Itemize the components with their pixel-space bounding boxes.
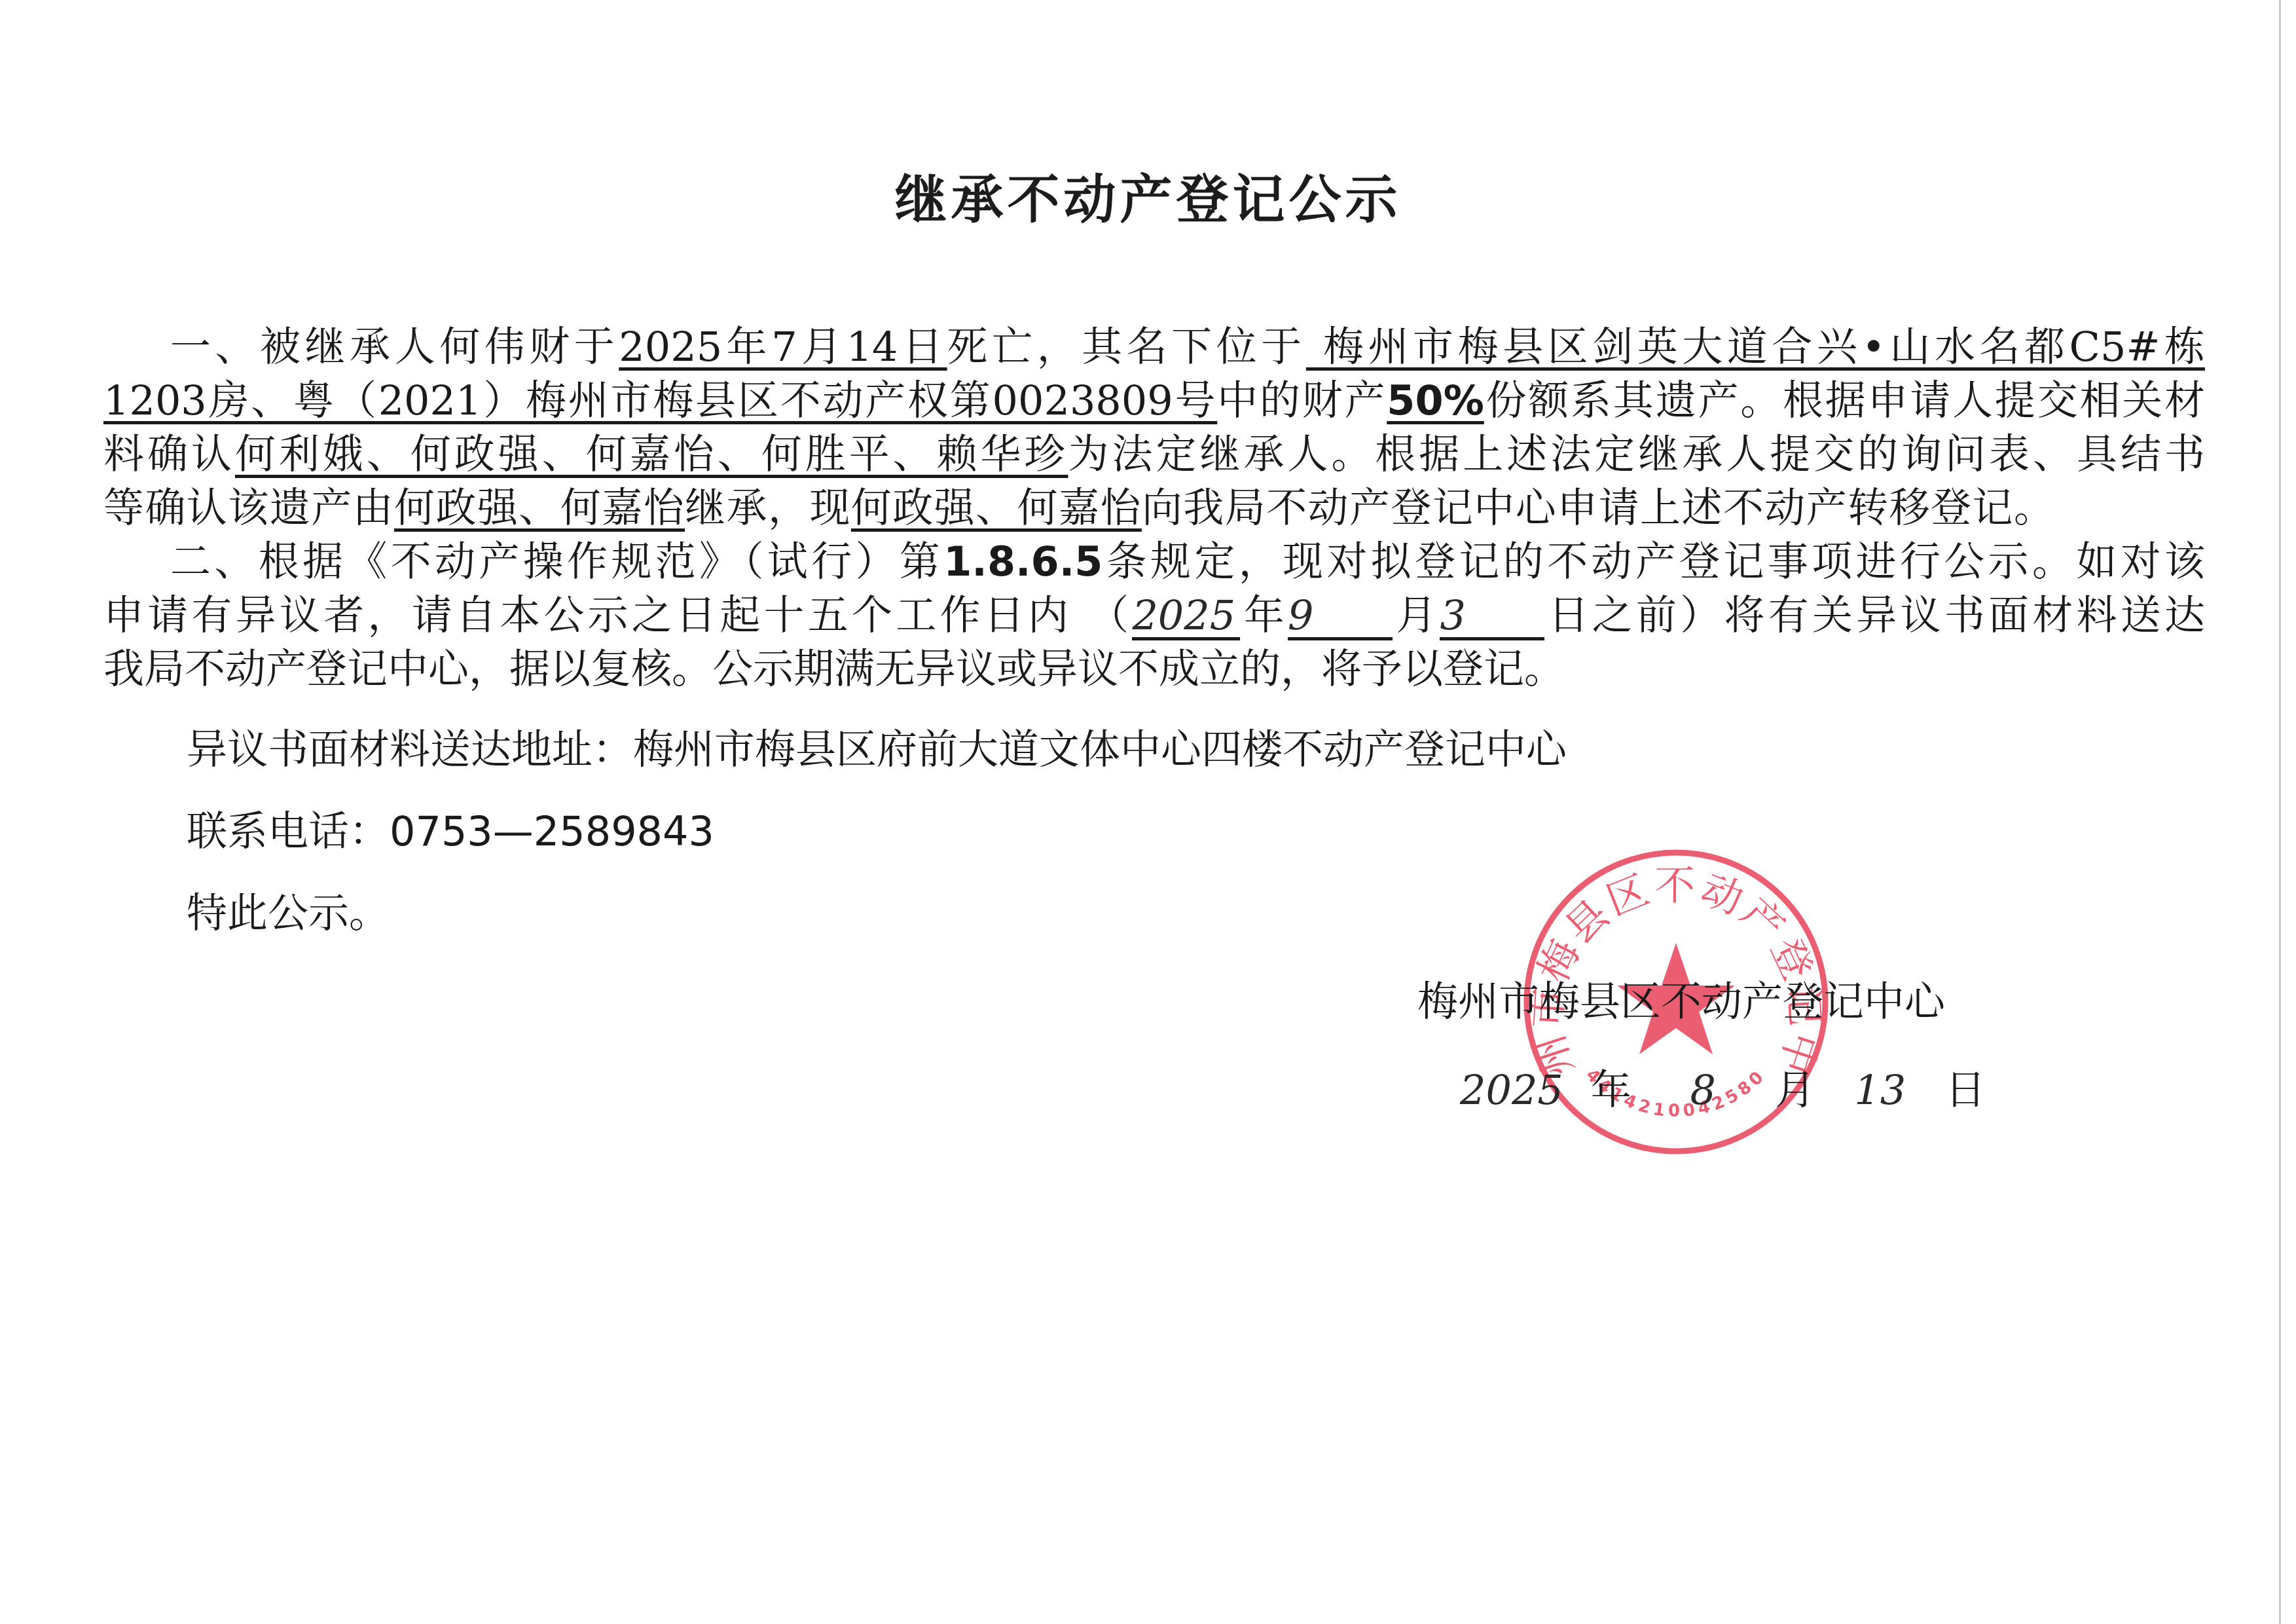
s1-l4-prefix: 等确认该遗产由: [103, 484, 394, 532]
objection-address: 异议书面材料送达地址：梅州市梅县区府前大道文体中心四楼不动产登记中心: [187, 724, 2288, 776]
section2-line1: 二、根据《不动产操作规范》（试行）第1.8.6.5条规定，现对拟登记的不动产登记…: [103, 536, 2205, 588]
legal-heirs: 何利娥、何政强、何嘉怡、何胜平、赖华珍: [235, 430, 1068, 478]
issuing-organization: 梅州市梅县区不动产登记中心: [1417, 976, 1945, 1028]
s1-l1-middle: 死亡，其名下位于: [947, 323, 1306, 371]
contact-phone: 联系电话：0753—2589843: [187, 805, 2288, 858]
phone-value: 0753—2589843: [390, 807, 714, 855]
issue-day: 13: [1854, 1061, 1906, 1120]
closing-text: 特此公示。: [187, 887, 2288, 940]
s1-l2-suffix: 份额系其遗产。根据申请人提交相关材: [1484, 377, 2205, 424]
regulation-clause: 1.8.6.5: [943, 538, 1102, 585]
section1-line3: 料确认何利娥、何政强、何嘉怡、何胜平、赖华珍为法定继承人。根据上述法定继承人提交…: [103, 428, 2205, 481]
document-page: 继承不动产登记公示 一、被继承人何伟财于2025年7月14日死亡，其名下位于 梅…: [0, 0, 2296, 1624]
section1-line4: 等确认该遗产由何政强、何嘉怡继承，现何政强、何嘉怡向我局不动产登记中心申请上述不…: [103, 482, 2054, 534]
s1-l4-suffix: 向我局不动产登记中心申请上述不动产转移登记。: [1142, 484, 2054, 532]
section2-line3: 我局不动产登记中心，据以复核。公示期满无异议或异议不成立的，将予以登记。: [103, 643, 2205, 695]
issue-day-label: 日: [1945, 1061, 1986, 1120]
section2-line2: 申请有异议者，请自本公示之日起十五个工作日内 （2025年9月3日之前）将有关异…: [103, 589, 2205, 642]
inheritors: 何政强、何嘉怡: [394, 484, 685, 532]
s1-l1-prefix: 一、被继承人何伟财于: [103, 323, 619, 371]
address-value: 梅州市梅县区府前大道文体中心四楼不动产登记中心: [633, 726, 1567, 773]
issue-year-label: 年: [1591, 1061, 1631, 1120]
deadline-day-field: 3: [1440, 594, 1544, 640]
issue-date: 2025 年 8 月 13 日: [1460, 1061, 1986, 1120]
address-label: 异议书面材料送达地址：: [187, 726, 633, 773]
section1-line2: 1203房、粤（2021）梅州市梅县区不动产权第0023809号中的财产50%份…: [103, 375, 2205, 427]
issue-month: 8: [1690, 1061, 1715, 1120]
month-label: 月: [1393, 591, 1440, 639]
year-label: 年: [1240, 591, 1287, 639]
issue-year: 2025: [1460, 1061, 1558, 1120]
death-date: 2025年7月14日: [619, 323, 947, 371]
applicants: 何政强、何嘉怡: [851, 484, 1142, 532]
property-address-part2: 1203房、粤（2021）梅州市梅县区不动产权第0023809号: [103, 377, 1217, 424]
deadline-year-field: 2025: [1132, 594, 1240, 640]
s1-l4-middle: 继承，现: [685, 484, 851, 532]
s2-l2-suffix: 日之前）将有关异议书面材料送达: [1544, 591, 2205, 639]
document-title: 继承不动产登记公示: [0, 157, 2296, 232]
property-address-part1: 梅州市梅县区剑英大道合兴•山水名都C5#栋: [1306, 323, 2205, 371]
s2-l2-prefix: 申请有异议者，请自本公示之日起十五个工作日内 （: [103, 591, 1132, 639]
s2-l1-suffix: 条规定，现对拟登记的不动产登记事项进行公示。如对该: [1102, 538, 2205, 585]
section1-line1: 一、被继承人何伟财于2025年7月14日死亡，其名下位于 梅州市梅县区剑英大道合…: [103, 321, 2205, 373]
phone-label: 联系电话：: [187, 807, 390, 855]
issue-month-label: 月: [1775, 1061, 1815, 1120]
s1-l3-suffix: 为法定继承人。根据上述法定继承人提交的询问表、具结书: [1068, 430, 2205, 478]
s2-l1-prefix: 二、根据《不动产操作规范》（试行）第: [103, 538, 943, 585]
property-share: 50%: [1387, 377, 1484, 424]
s1-l3-prefix: 料确认: [103, 430, 235, 478]
s1-l2-middle: 中的财产: [1217, 377, 1387, 424]
deadline-month-field: 9: [1288, 594, 1393, 640]
